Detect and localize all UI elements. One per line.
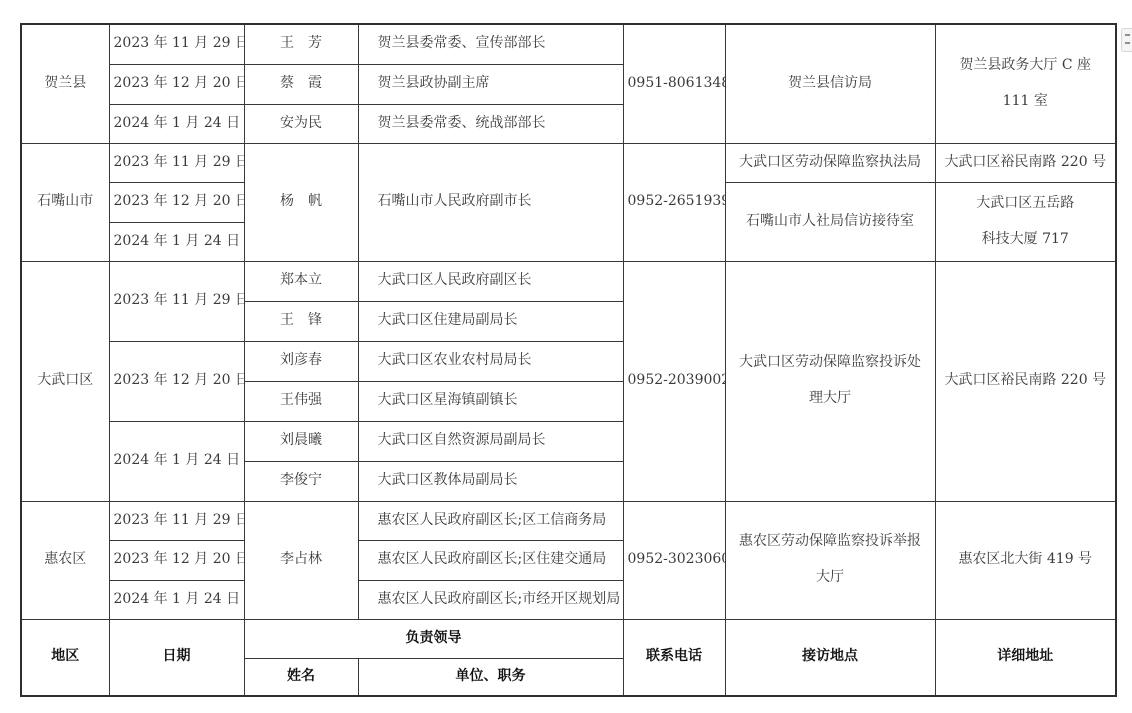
phone-cell: 0952-2039002 [623,261,725,501]
table-row: 贺兰县 2023 年 11 月 29 日 王 芳 贺兰县委常委、宣传部部长 09… [21,24,1116,64]
position-cell: 惠农区人民政府副区长;区住建交通局 [358,540,623,580]
header-address: 详细地址 [935,619,1116,696]
scrollbar-mark-icon [1125,42,1130,44]
location-cell: 惠农区劳动保障监察投诉举报 大厅 [725,501,935,619]
date-cell: 2024 年 1 月 24 日 [109,421,244,501]
leader-name-cell: 安为民 [244,104,358,143]
date-cell: 2023 年 12 月 20 日 [109,182,244,222]
table-row: 大武口区 2023 年 11 月 29 日 郑本立 大武口区人民政府副区长 09… [21,261,1116,301]
position-cell: 大武口区人民政府副区长 [358,261,623,301]
leader-name-cell: 刘彦春 [244,341,358,381]
reception-schedule-table: 贺兰县 2023 年 11 月 29 日 王 芳 贺兰县委常委、宣传部部长 09… [20,23,1117,697]
address-cell: 惠农区北大街 419 号 [935,501,1116,619]
date-cell: 2024 年 1 月 24 日 [109,222,244,261]
address-cell: 大武口区五岳路 科技大厦 717 [935,182,1116,261]
region-cell: 石嘴山市 [21,143,109,261]
reception-schedule-table-wrap: 贺兰县 2023 年 11 月 29 日 王 芳 贺兰县委常委、宣传部部长 09… [20,23,1117,697]
location-cell: 大武口区劳动保障监察执法局 [725,143,935,182]
date-cell: 2023 年 11 月 29 日 [109,24,244,64]
phone-cell: 0952-3023060 [623,501,725,619]
date-cell: 2023 年 11 月 29 日 [109,261,244,341]
address-cell: 大武口区裕民南路 220 号 [935,261,1116,501]
position-cell: 大武口区星海镇副镇长 [358,381,623,421]
leader-name-cell: 王 锋 [244,301,358,341]
scrollbar-widget[interactable] [1121,28,1132,52]
address-cell: 贺兰县政务大厅 C 座 111 室 [935,24,1116,143]
position-cell: 大武口区自然资源局副局长 [358,421,623,461]
position-cell: 贺兰县政协副主席 [358,64,623,104]
position-cell: 贺兰县委常委、宣传部部长 [358,24,623,64]
leader-name-cell: 杨 帆 [244,143,358,261]
scrollbar-mark-icon [1125,34,1130,36]
location-cell: 石嘴山市人社局信访接待室 [725,182,935,261]
header-unit-title: 单位、职务 [358,658,623,696]
leader-name-cell: 李俊宁 [244,461,358,501]
header-region: 地区 [21,619,109,696]
date-cell: 2023 年 12 月 20 日 [109,341,244,421]
date-cell: 2023 年 12 月 20 日 [109,540,244,580]
position-cell: 惠农区人民政府副区长;市经开区规划局 [358,580,623,619]
location-cell: 大武口区劳动保障监察投诉处 理大厅 [725,261,935,501]
region-cell: 贺兰县 [21,24,109,143]
location-cell: 贺兰县信访局 [725,24,935,143]
table-row: 石嘴山市 2023 年 11 月 29 日 杨 帆 石嘴山市人民政府副市长 09… [21,143,1116,182]
address-cell: 大武口区裕民南路 220 号 [935,143,1116,182]
position-cell: 大武口区教体局副局长 [358,461,623,501]
table-row: 惠农区 2023 年 11 月 29 日 李占林 惠农区人民政府副区长;区工信商… [21,501,1116,540]
position-cell: 贺兰县委常委、统战部部长 [358,104,623,143]
position-cell: 大武口区农业农村局局长 [358,341,623,381]
position-cell: 惠农区人民政府副区长;区工信商务局 [358,501,623,540]
leader-name-cell: 刘晨曦 [244,421,358,461]
phone-cell: 0952-2651939 [623,143,725,261]
date-cell: 2023 年 12 月 20 日 [109,64,244,104]
date-cell: 2023 年 11 月 29 日 [109,501,244,540]
date-cell: 2023 年 11 月 29 日 [109,143,244,182]
header-location: 接访地点 [725,619,935,696]
leader-name-cell: 蔡 霞 [244,64,358,104]
leader-name-cell: 李占林 [244,501,358,619]
date-cell: 2024 年 1 月 24 日 [109,104,244,143]
leader-name-cell: 王 芳 [244,24,358,64]
header-leader-group: 负责领导 [244,619,623,658]
phone-cell: 0951-8061348 [623,24,725,143]
table-header-row: 地区 日期 负责领导 联系电话 接访地点 详细地址 [21,619,1116,658]
leader-name-cell: 郑本立 [244,261,358,301]
header-leader-name: 姓名 [244,658,358,696]
date-cell: 2024 年 1 月 24 日 [109,580,244,619]
leader-name-cell: 王伟强 [244,381,358,421]
region-cell: 惠农区 [21,501,109,619]
header-date: 日期 [109,619,244,696]
header-phone: 联系电话 [623,619,725,696]
position-cell: 石嘴山市人民政府副市长 [358,143,623,261]
document-page: { "colors": { "border": "#2e2e2e", "text… [0,0,1132,713]
position-cell: 大武口区住建局副局长 [358,301,623,341]
region-cell: 大武口区 [21,261,109,501]
